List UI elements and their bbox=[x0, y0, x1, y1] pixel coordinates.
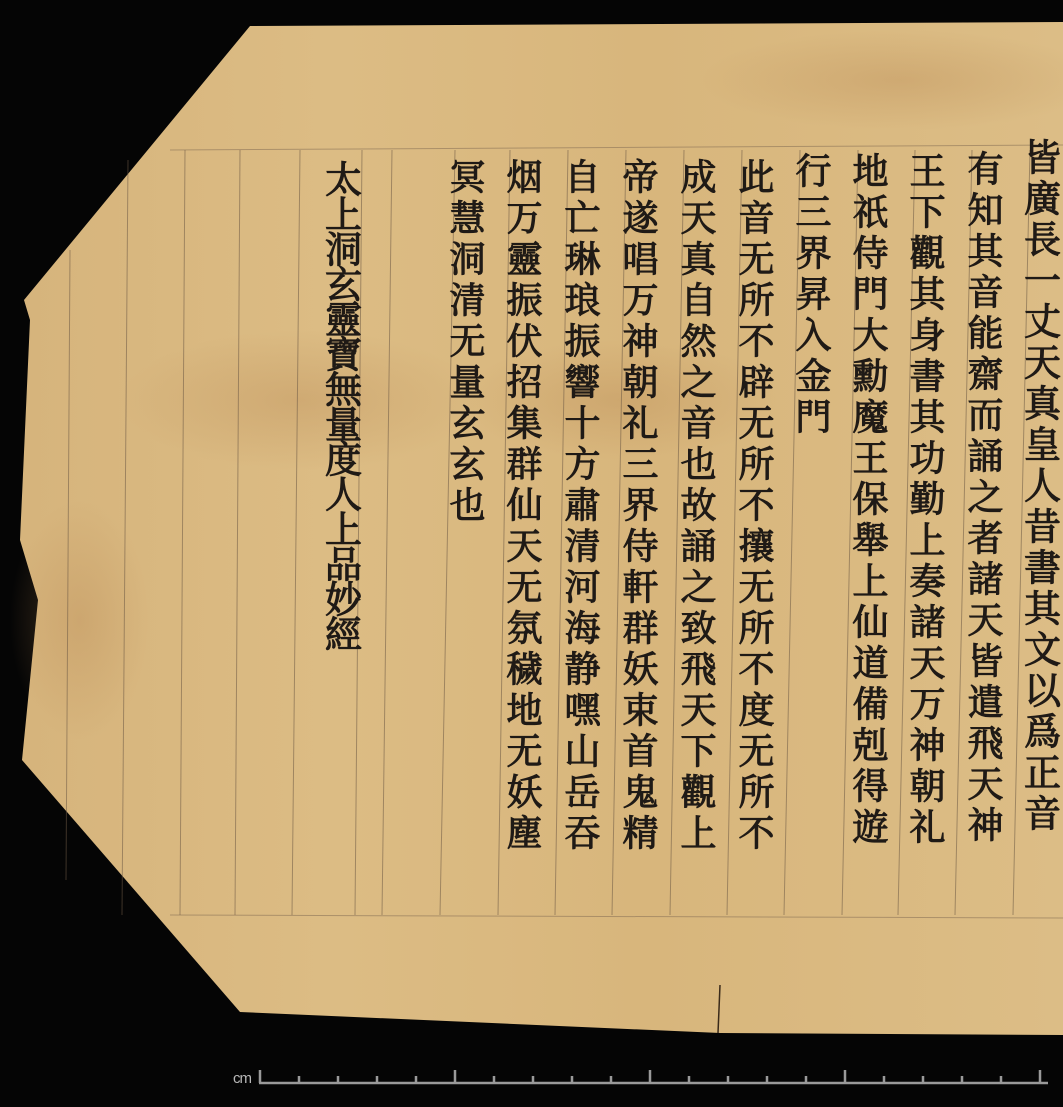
text-column-6: 此音无所不辟无所不攘无所不度无所不 bbox=[726, 158, 782, 855]
text-column-7: 成天真自然之音也故誦之致飛天下觀上 bbox=[668, 158, 724, 855]
text-column-8: 帝遂唱万神朝礼三界侍軒群妖束首鬼精 bbox=[610, 158, 666, 855]
centimeter-scale-bar: cm bbox=[233, 1062, 1063, 1092]
scripture-title-column: 太上洞玄靈寶無量度人上品妙經 bbox=[305, 160, 375, 650]
image-stage: 皆廣長一丈天真皇人昔書其文以爲正音 有知其音能齋而誦之者諸天皆遣飛天神 王下觀其… bbox=[0, 0, 1063, 1107]
text-column-11: 冥慧洞清无量玄玄也 bbox=[437, 158, 493, 527]
text-column-1: 皆廣長一丈天真皇人昔書其文以爲正音 bbox=[1010, 138, 1063, 835]
scale-ruler bbox=[233, 1062, 1063, 1092]
text-column-4: 地祇侍門大勳魔王保舉上仙道備剋得遊 bbox=[840, 152, 896, 849]
text-column-5: 行三界昇入金門 bbox=[783, 152, 839, 439]
text-column-2: 有知其音能齋而誦之者諸天皆遣飛天神 bbox=[955, 150, 1011, 847]
text-column-3: 王下觀其身書其功勤上奏諸天万神朝礼 bbox=[897, 152, 953, 849]
text-column-10: 烟万靈振伏招集群仙天无氛穢地无妖塵 bbox=[494, 158, 550, 855]
text-column-9: 自亡琳琅振響十方肅清河海静嘿山岳吞 bbox=[552, 158, 608, 855]
